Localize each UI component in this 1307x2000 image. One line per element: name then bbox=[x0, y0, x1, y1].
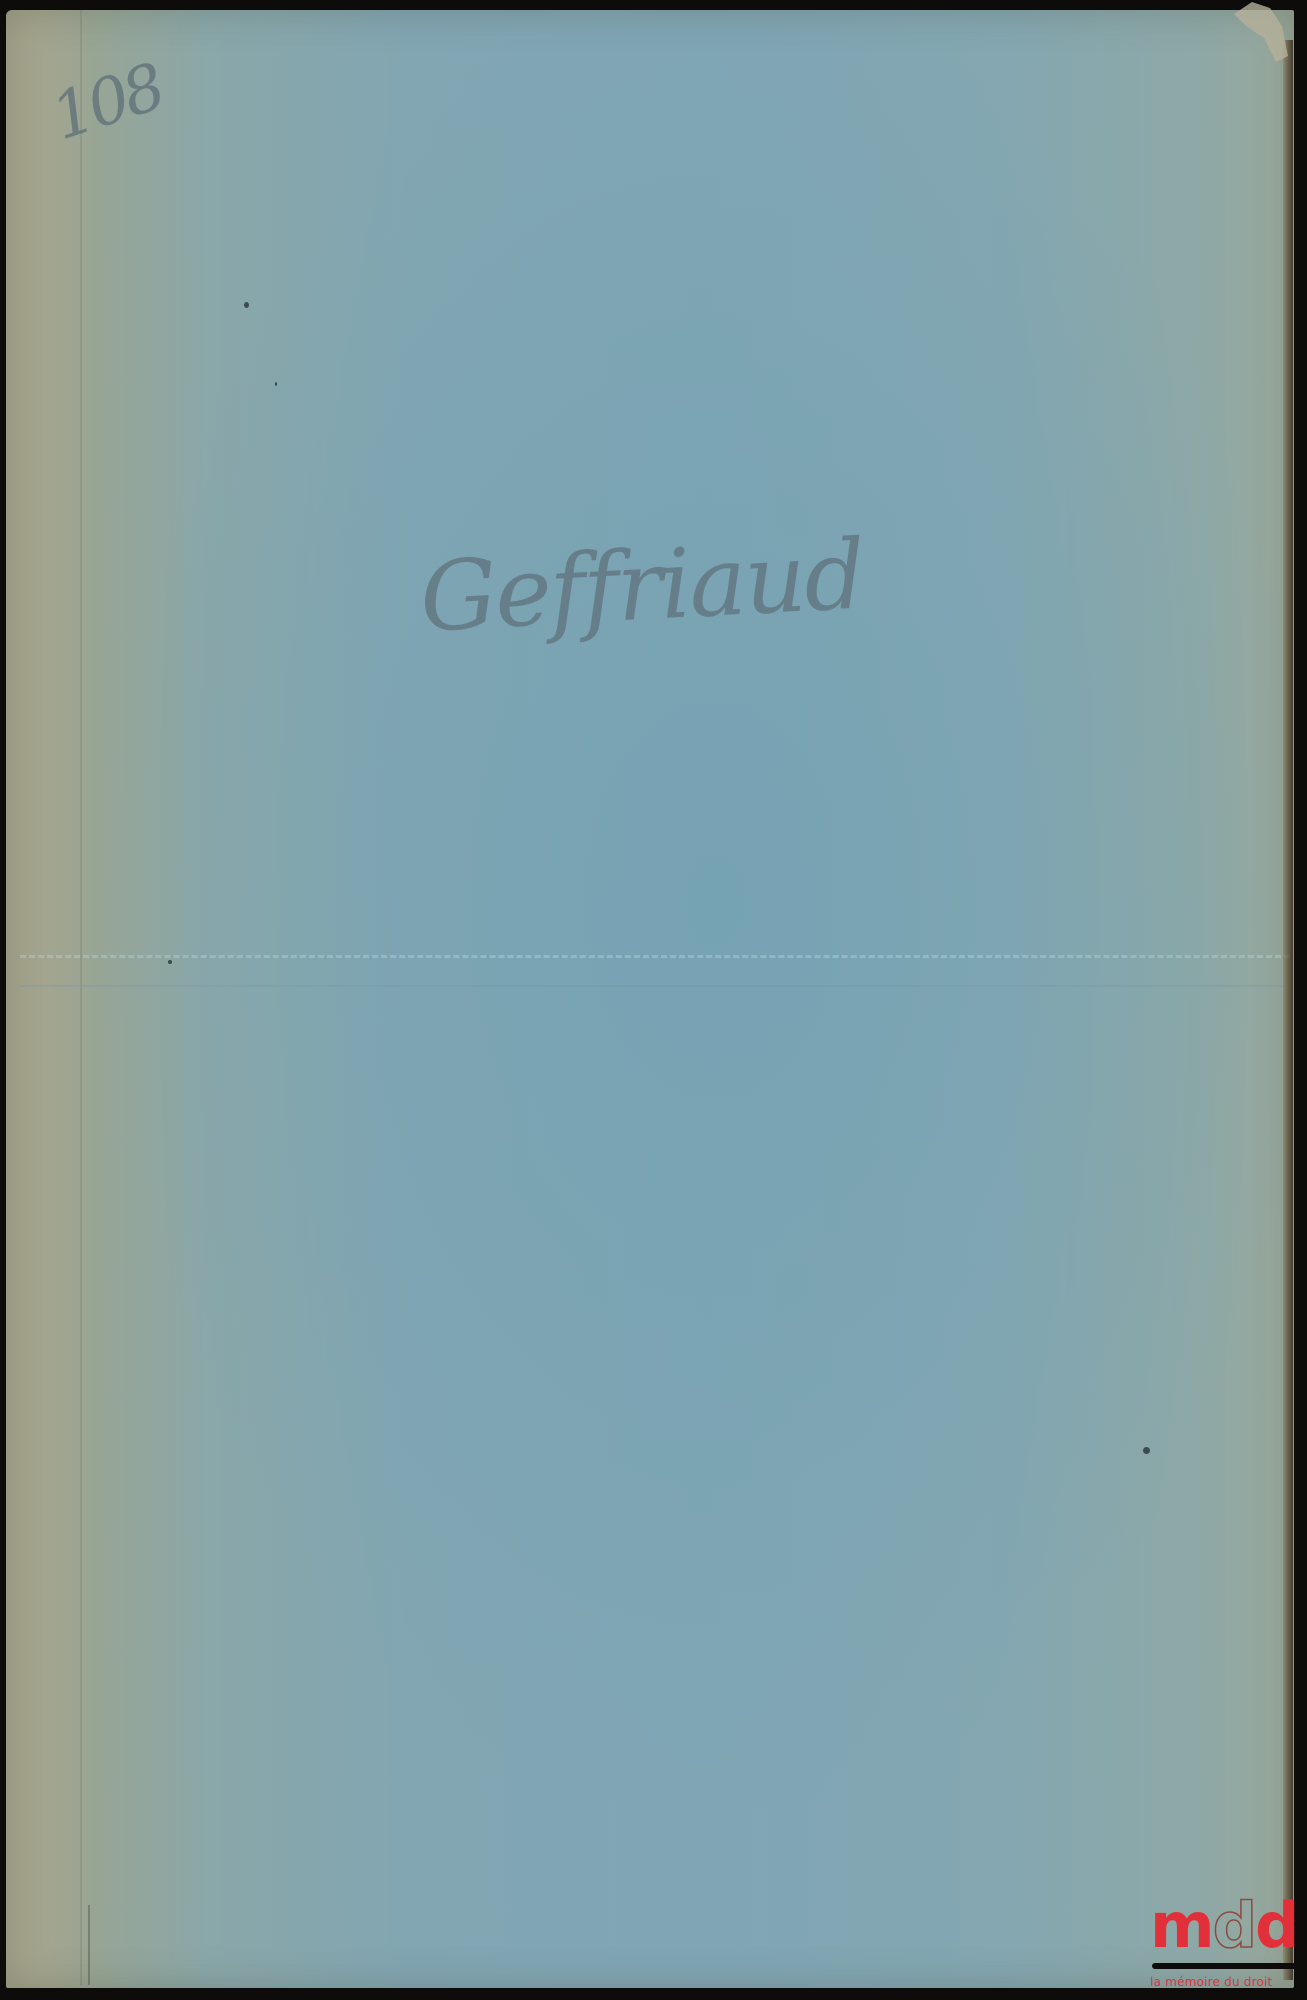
paper-speck bbox=[1143, 1447, 1150, 1454]
logo-letter-d-outline: d bbox=[1213, 1889, 1255, 1962]
paper-speck bbox=[244, 302, 249, 308]
horizontal-fold-shadow bbox=[20, 985, 1290, 987]
paper-speck bbox=[168, 960, 172, 964]
handwritten-signature: Geffriaud bbox=[417, 518, 866, 653]
scan-page: 108 Geffriaud mdd la mémoire du droit bbox=[0, 0, 1307, 2000]
logo-tagline: la mémoire du droit bbox=[1150, 1975, 1272, 1989]
book-cover bbox=[6, 10, 1294, 1988]
logo-letter-m: m bbox=[1150, 1889, 1213, 1962]
horizontal-fold-line bbox=[20, 955, 1290, 958]
mdd-logo: mdd la mémoire du droit bbox=[1150, 1895, 1300, 1995]
spine-crease bbox=[88, 1905, 90, 1985]
paper-speck bbox=[275, 382, 277, 386]
spine-fold-line bbox=[80, 10, 82, 1985]
logo-letter-d-solid: d bbox=[1255, 1889, 1297, 1962]
cover-right-edge bbox=[1283, 40, 1293, 1980]
logo-underline-bar bbox=[1152, 1963, 1300, 1969]
logo-wordmark: mdd bbox=[1150, 1895, 1297, 1957]
